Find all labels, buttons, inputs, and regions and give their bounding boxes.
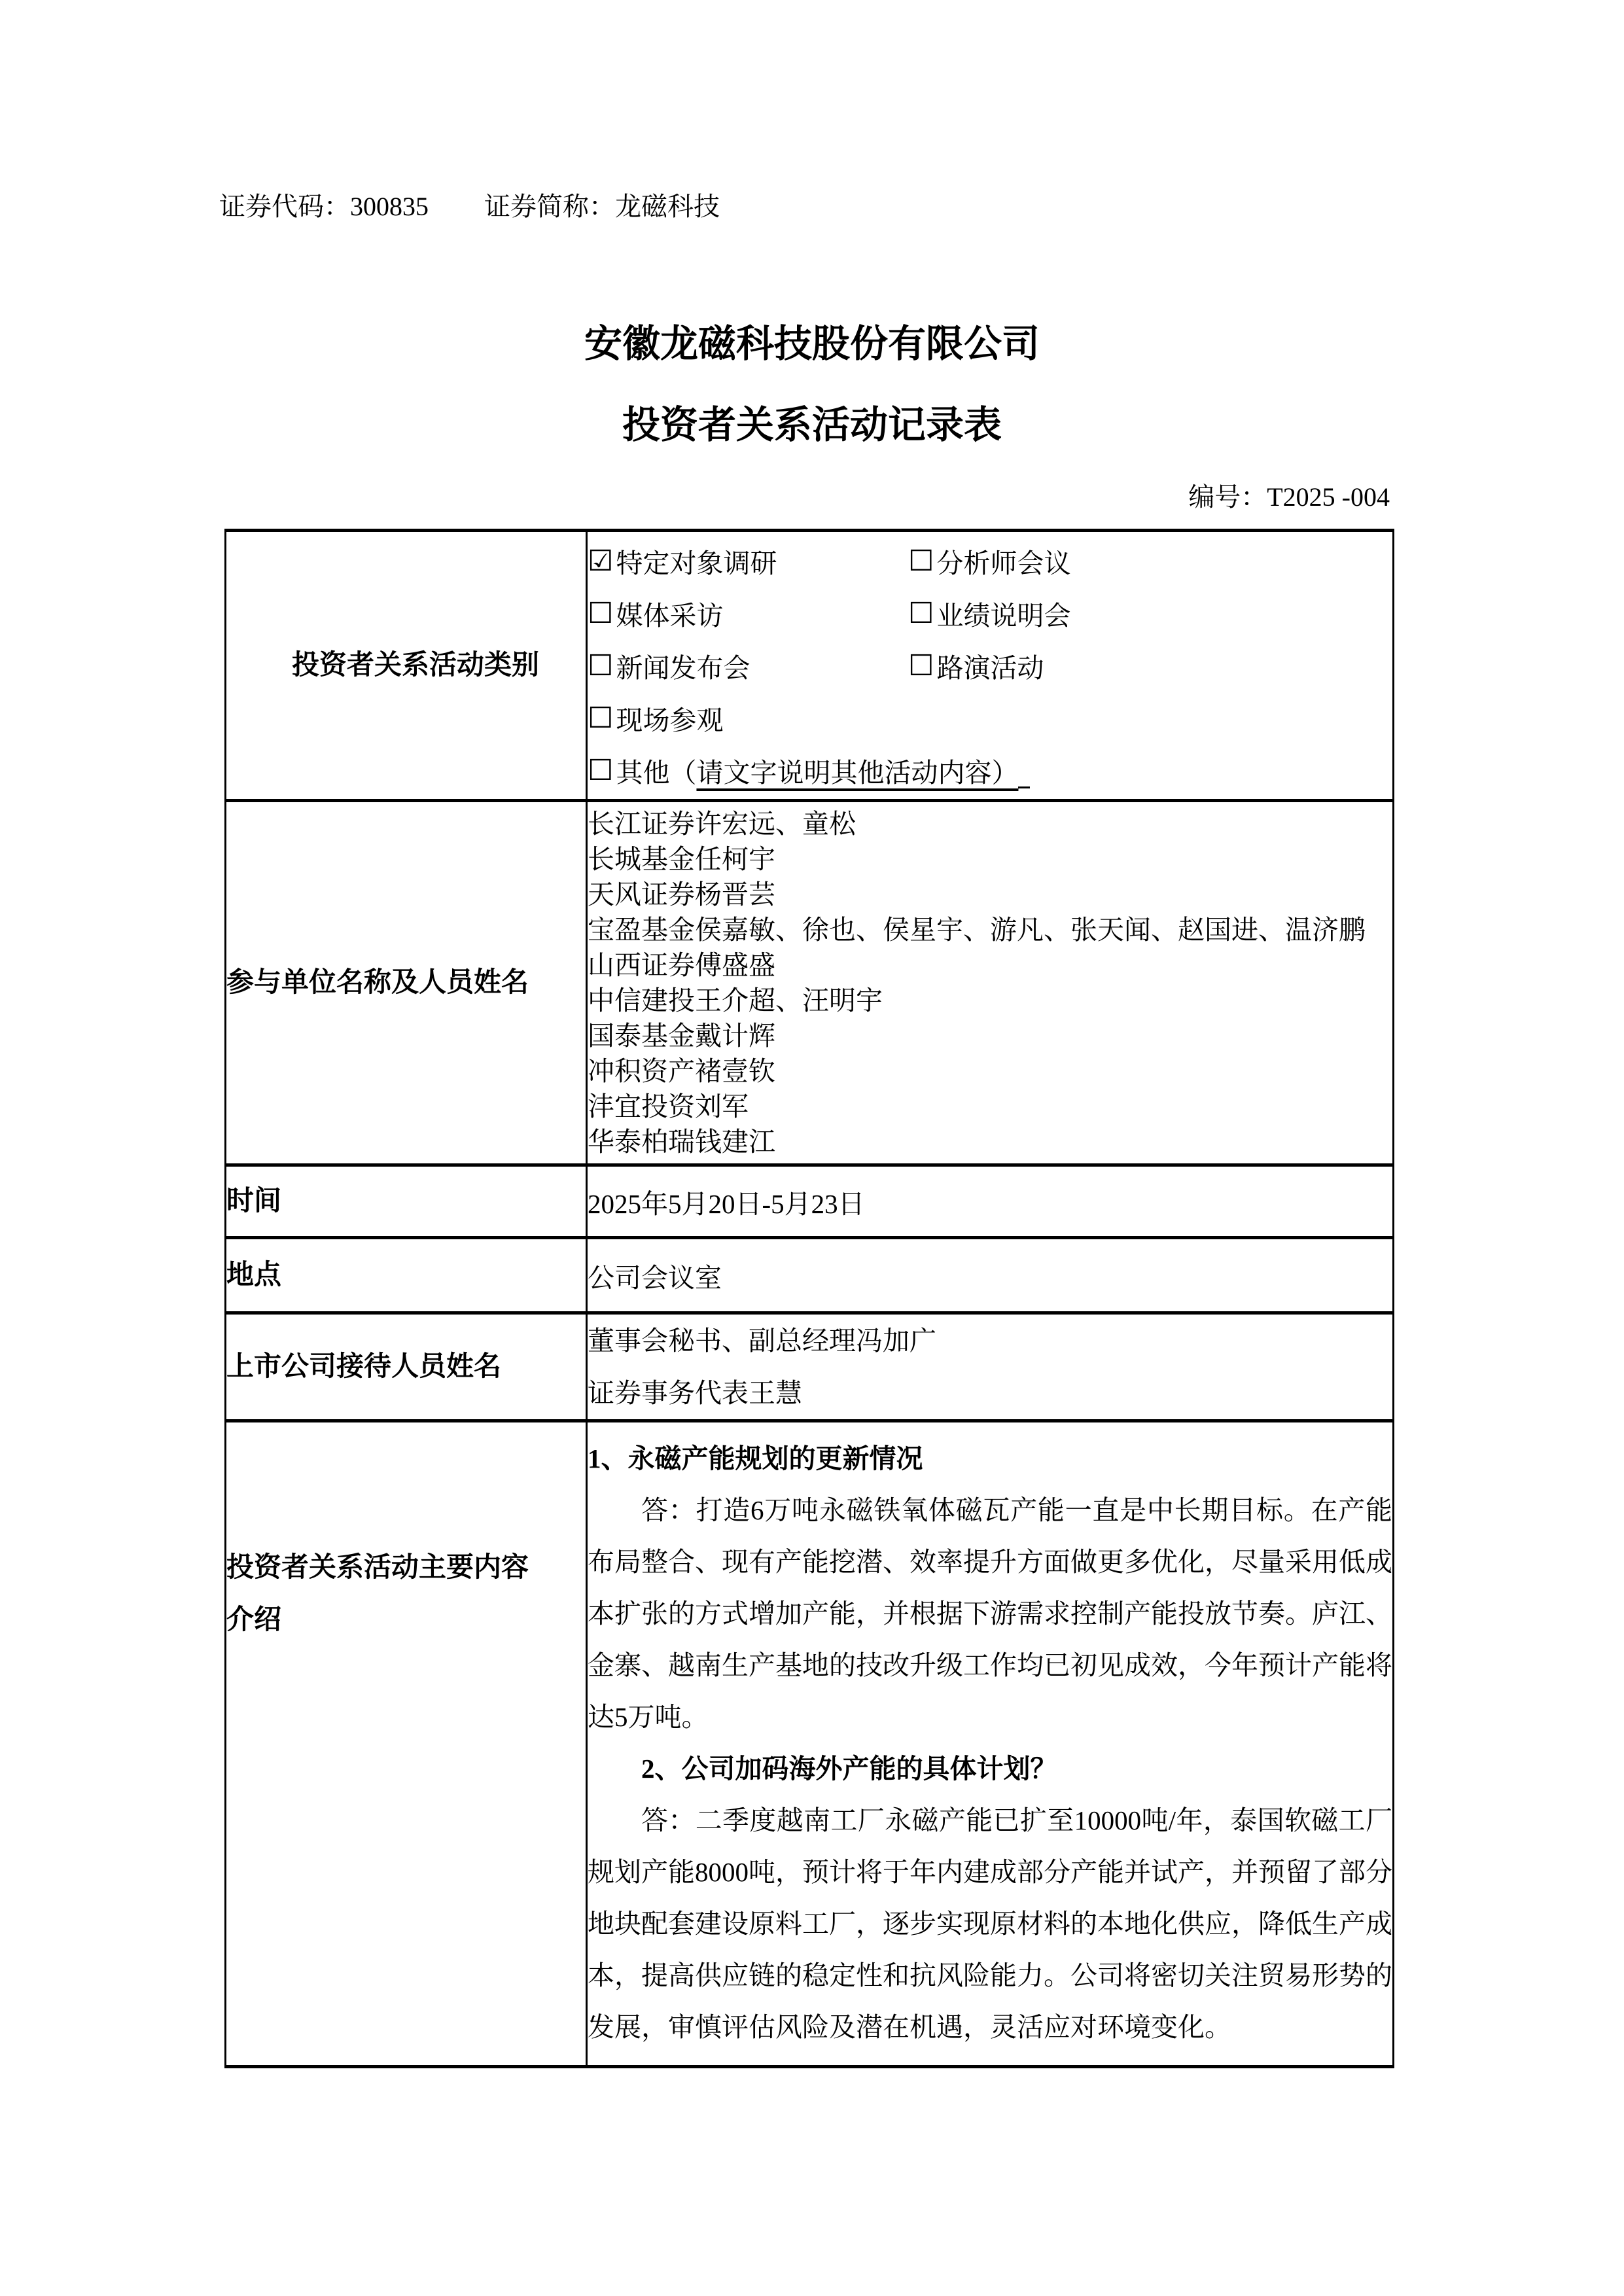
activity-type-options-cell: ☑ 特定对象调研 ☐ 分析师会议 ☐ 媒体采访 ☐ 业绩说明会 bbox=[587, 531, 1394, 801]
unchecked-checkbox-icon: ☐ bbox=[588, 701, 613, 735]
row-time: 时间 2025年5月20日-5月23日 bbox=[226, 1165, 1394, 1238]
main-content-label: 投资者关系活动主要内容 介绍 bbox=[226, 1421, 587, 2067]
row-place: 地点 公司会议室 bbox=[226, 1238, 1394, 1313]
answer-1: 答：打造6万吨永磁铁氧体磁瓦产能一直是中长期目标。在产能布局整合、现有产能挖潜、… bbox=[588, 1485, 1392, 1743]
checkbox-option-label-other-prefix: 其他（ bbox=[616, 751, 696, 790]
participants-cell: 长江证券许宏远、童松 长城基金任柯宇 天风证券杨晋芸 宝盈基金侯嘉敏、徐也、侯星… bbox=[587, 801, 1394, 1165]
stock-code-label: 证券代码： bbox=[219, 192, 350, 221]
checkbox-option-press-conference[interactable]: ☐ 新闻发布会 bbox=[588, 646, 908, 685]
investor-relations-record-table: 投资者关系活动类别 ☑ 特定对象调研 ☐ 分析师会议 ☐ 媒体采访 bbox=[224, 529, 1394, 2068]
place-value: 公司会议室 bbox=[587, 1238, 1394, 1313]
document-page: { "header": { "stock_code_label": "证券代码：… bbox=[0, 0, 1624, 2296]
unchecked-checkbox-icon: ☐ bbox=[908, 649, 934, 682]
unchecked-checkbox-icon: ☐ bbox=[588, 597, 613, 630]
checkbox-line: ☐ 现场参观 bbox=[588, 692, 1392, 744]
activity-type-label: 投资者关系活动类别 bbox=[226, 531, 587, 801]
checkbox-option-label: 路演活动 bbox=[936, 646, 1044, 685]
checkbox-option-roadshow[interactable]: ☐ 路演活动 bbox=[908, 646, 1044, 685]
question-2: 2、公司加码海外产能的具体计划？ bbox=[588, 1743, 1392, 1795]
unchecked-checkbox-icon: ☐ bbox=[908, 597, 934, 630]
stock-info-line: 证券代码：300835证券简称：龙磁科技 bbox=[219, 191, 1624, 222]
stock-code-value: 300835 bbox=[350, 192, 429, 221]
reception-staff-entry: 证券事务代表王慧 bbox=[588, 1367, 1392, 1419]
main-content-label-line2: 介绍 bbox=[226, 1594, 586, 1646]
checkbox-option-analyst-meeting[interactable]: ☐ 分析师会议 bbox=[908, 542, 1070, 580]
row-participants: 参与单位名称及人员姓名 长江证券许宏远、童松 长城基金任柯宇 天风证券杨晋芸 宝… bbox=[226, 801, 1394, 1165]
question-1: 1、永磁产能规划的更新情况 bbox=[588, 1433, 1392, 1485]
checkbox-option-special-research[interactable]: ☑ 特定对象调研 bbox=[588, 542, 908, 580]
other-description-underlined-text: 请文字说明其他活动内容） bbox=[696, 751, 1018, 790]
participant-entry: 天风证券杨晋芸 bbox=[588, 877, 1392, 912]
unchecked-checkbox-icon: ☐ bbox=[588, 754, 613, 787]
participant-entry: 中信建投王介超、汪明宇 bbox=[588, 983, 1392, 1018]
underline-tail bbox=[1018, 752, 1030, 788]
place-label: 地点 bbox=[226, 1238, 587, 1313]
participant-entry: 沣宜投资刘军 bbox=[588, 1089, 1392, 1124]
checkbox-line: ☐ 媒体采访 ☐ 业绩说明会 bbox=[588, 587, 1392, 639]
checkbox-option-label: 特定对象调研 bbox=[616, 542, 777, 580]
participant-entry: 华泰柏瑞钱建江 bbox=[588, 1124, 1392, 1159]
stock-abbr-value: 龙磁科技 bbox=[615, 192, 720, 221]
checkbox-option-other[interactable]: ☐ 其他（请文字说明其他活动内容） bbox=[588, 751, 1030, 790]
participants-label: 参与单位名称及人员姓名 bbox=[226, 801, 587, 1165]
document-number-line: 编号：T2025 -004 bbox=[0, 482, 1390, 513]
time-label: 时间 bbox=[226, 1165, 587, 1238]
checkbox-option-site-visit[interactable]: ☐ 现场参观 bbox=[588, 699, 908, 737]
reception-staff-entry: 董事会秘书、副总经理冯加广 bbox=[588, 1315, 1392, 1367]
main-content-cell: 1、永磁产能规划的更新情况 答：打造6万吨永磁铁氧体磁瓦产能一直是中长期目标。在… bbox=[587, 1421, 1394, 2067]
checkbox-option-label: 新闻发布会 bbox=[616, 646, 750, 685]
document-number-value: T2025 -004 bbox=[1267, 482, 1390, 512]
time-value: 2025年5月20日-5月23日 bbox=[587, 1165, 1394, 1238]
checkbox-line: ☐ 其他（请文字说明其他活动内容） bbox=[588, 744, 1392, 796]
document-number-label: 编号： bbox=[1188, 482, 1267, 512]
participant-entry: 国泰基金戴计辉 bbox=[588, 1018, 1392, 1053]
checkbox-option-label: 分析师会议 bbox=[936, 542, 1070, 580]
company-title: 安徽龙磁科技股份有限公司 bbox=[0, 321, 1624, 368]
participant-entry: 山西证券傅盛盛 bbox=[588, 947, 1392, 983]
checkbox-option-earnings-briefing[interactable]: ☐ 业绩说明会 bbox=[908, 594, 1070, 633]
checkbox-option-label: 媒体采访 bbox=[616, 594, 723, 633]
reception-staff-label: 上市公司接待人员姓名 bbox=[226, 1313, 587, 1421]
main-content-label-line1: 投资者关系活动主要内容 bbox=[226, 1542, 586, 1594]
stock-abbr-label: 证券简称： bbox=[484, 192, 615, 221]
unchecked-checkbox-icon: ☐ bbox=[908, 544, 934, 578]
checkbox-option-label: 业绩说明会 bbox=[936, 594, 1070, 633]
reception-staff-cell: 董事会秘书、副总经理冯加广 证券事务代表王慧 bbox=[587, 1313, 1394, 1421]
unchecked-checkbox-icon: ☐ bbox=[588, 649, 613, 682]
participant-entry: 长城基金任柯宇 bbox=[588, 841, 1392, 877]
checkbox-option-label: 现场参观 bbox=[616, 699, 723, 737]
checked-checkbox-icon: ☑ bbox=[588, 544, 613, 578]
checkbox-line: ☑ 特定对象调研 ☐ 分析师会议 bbox=[588, 535, 1392, 587]
row-main-content: 投资者关系活动主要内容 介绍 1、永磁产能规划的更新情况 答：打造6万吨永磁铁氧… bbox=[226, 1421, 1394, 2067]
row-reception-staff: 上市公司接待人员姓名 董事会秘书、副总经理冯加广 证券事务代表王慧 bbox=[226, 1313, 1394, 1421]
row-activity-type: 投资者关系活动类别 ☑ 特定对象调研 ☐ 分析师会议 ☐ 媒体采访 bbox=[226, 531, 1394, 801]
participant-entry: 长江证券许宏远、童松 bbox=[588, 806, 1392, 841]
checkbox-option-media-interview[interactable]: ☐ 媒体采访 bbox=[588, 594, 908, 633]
answer-2: 答：二季度越南工厂永磁产能已扩至10000吨/年，泰国软磁工厂规划产能8000吨… bbox=[588, 1795, 1392, 2053]
document-title: 投资者关系活动记录表 bbox=[0, 402, 1624, 449]
participant-entry: 宝盈基金侯嘉敏、徐也、侯星宇、游凡、张天闻、赵国进、温济鹏 bbox=[588, 912, 1392, 947]
checkbox-line: ☐ 新闻发布会 ☐ 路演活动 bbox=[588, 639, 1392, 692]
participant-entry: 冲积资产褚壹钦 bbox=[588, 1053, 1392, 1089]
